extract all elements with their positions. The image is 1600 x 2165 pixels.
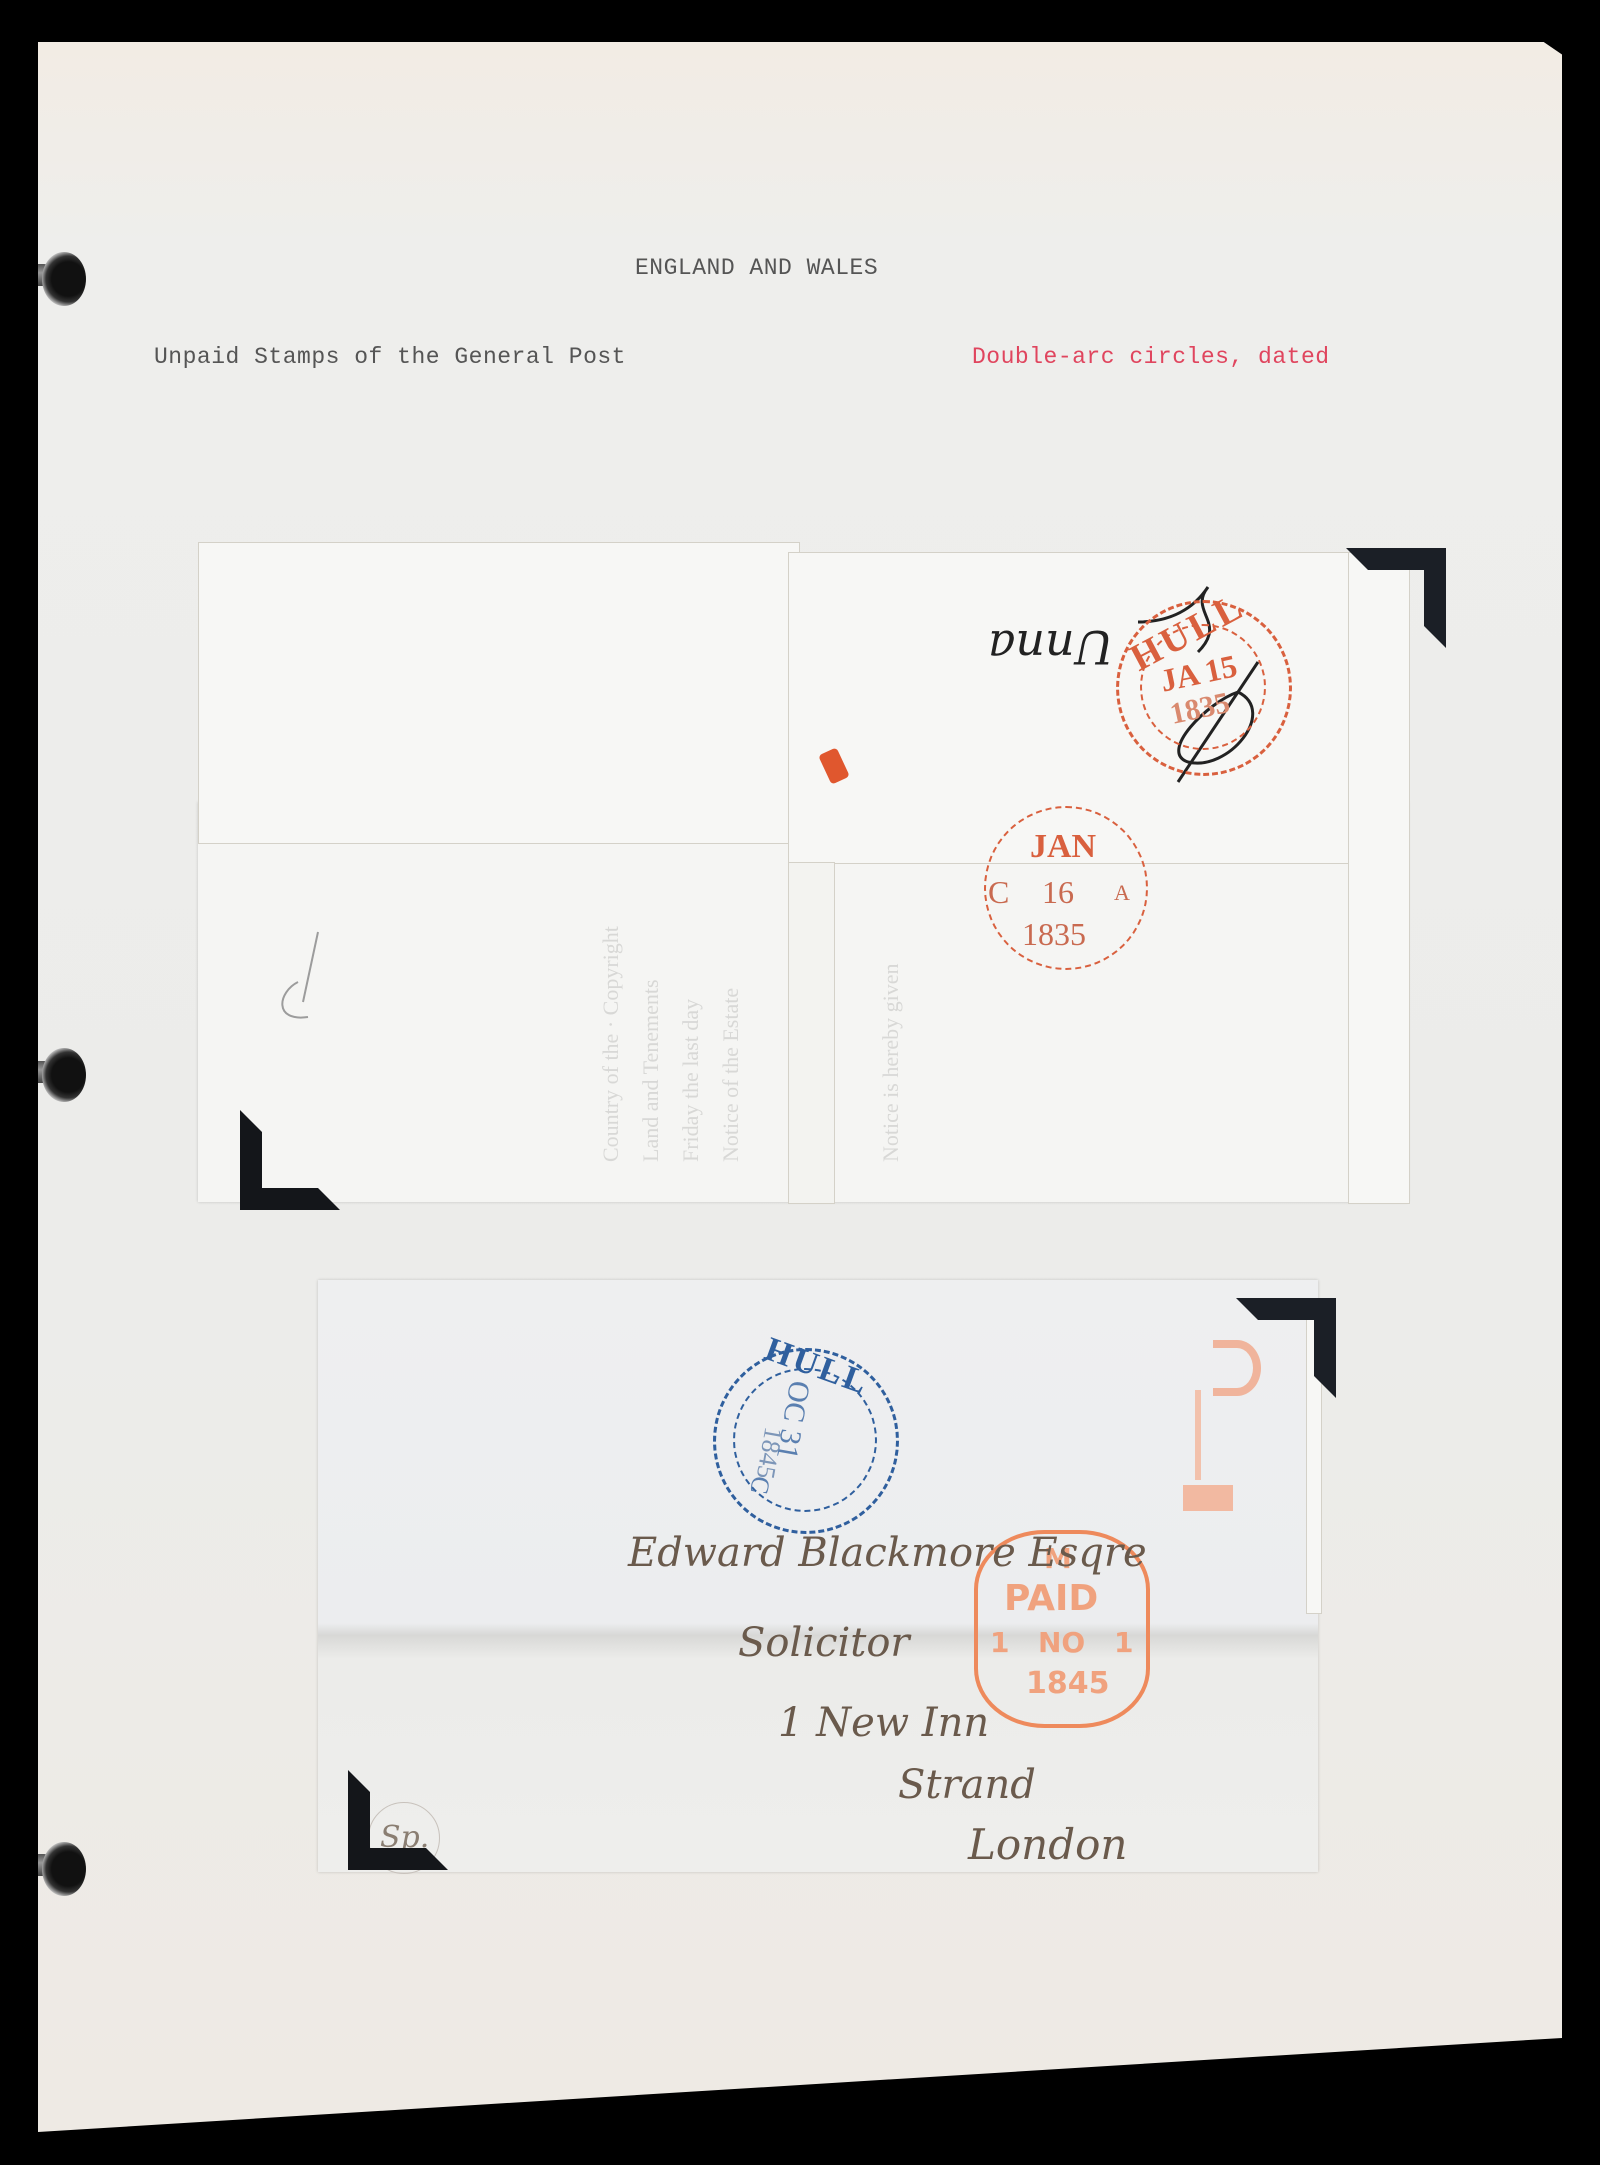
show-through-text: Notice of the Estate [718, 852, 744, 1162]
postmark-left-code: C [988, 874, 1009, 911]
paid-stamp-year: 1845 [1026, 1666, 1110, 1701]
paid-stamp-right: 1 [1114, 1626, 1133, 1659]
postmark-hull-1835: HULL JA 15 1835 [1116, 600, 1294, 778]
subtitle-left: Unpaid Stamps of the General Post [154, 344, 626, 370]
cover-1-top-flap-left [198, 542, 800, 844]
postmark-london-1835: JAN C 16 A 1835 [984, 806, 1154, 976]
mount-corner-bottom-left [348, 1770, 448, 1870]
postmark-day: 16 [1042, 874, 1074, 911]
cover-1-seal-strip [788, 862, 835, 1204]
page-title: ENGLAND AND WALES [635, 255, 878, 281]
address-line-2: Solicitor [738, 1620, 910, 1666]
paid-stamp-label: PAID [1004, 1578, 1098, 1619]
postmark-month: JAN [1030, 828, 1096, 866]
pencil-mark [248, 922, 348, 1042]
album-page: ENGLAND AND WALES Unpaid Stamps of the G… [38, 42, 1562, 2132]
postmark-right-code: A [1114, 880, 1130, 906]
faded-red-mark [1195, 1390, 1201, 1480]
show-through-text: Notice is hereby given [878, 852, 904, 1162]
show-through-text: Country of the · Copyright [598, 852, 624, 1162]
manuscript-unna: Unna [988, 620, 1113, 674]
show-through-text: Friday the last day [678, 852, 704, 1162]
cover-1: Country of the · Copyright Land and Tene… [198, 502, 1448, 1212]
postmark-year: 1835 [1022, 916, 1086, 953]
subtitle-right: Double-arc circles, dated [972, 344, 1330, 370]
address-line-1: Edward Blackmore Esqre [628, 1530, 1147, 1576]
binder-hole [42, 1048, 86, 1102]
address-line-4: Strand [898, 1762, 1036, 1808]
faded-red-mark [1183, 1485, 1233, 1511]
cover-2: HULL OC 31 1845 C M PAID 1 NO 1 1845 Edw… [318, 1280, 1348, 1880]
show-through-text: Land and Tenements [638, 852, 664, 1162]
binder-hole [42, 1842, 86, 1896]
paid-stamp-date: NO [1038, 1626, 1085, 1659]
mount-corner-top-right [1236, 1298, 1336, 1398]
mount-corner-top-right [1346, 548, 1446, 648]
address-line-5: London [968, 1820, 1127, 1869]
cover-1-right-strip [1348, 552, 1410, 1204]
postmark-hull-1845: HULL OC 31 1845 C [713, 1348, 903, 1538]
address-line-3: 1 New Inn [778, 1700, 989, 1746]
binder-hole [42, 252, 86, 306]
mount-corner-bottom-left [240, 1110, 340, 1210]
paid-stamp-left: 1 [990, 1626, 1009, 1659]
